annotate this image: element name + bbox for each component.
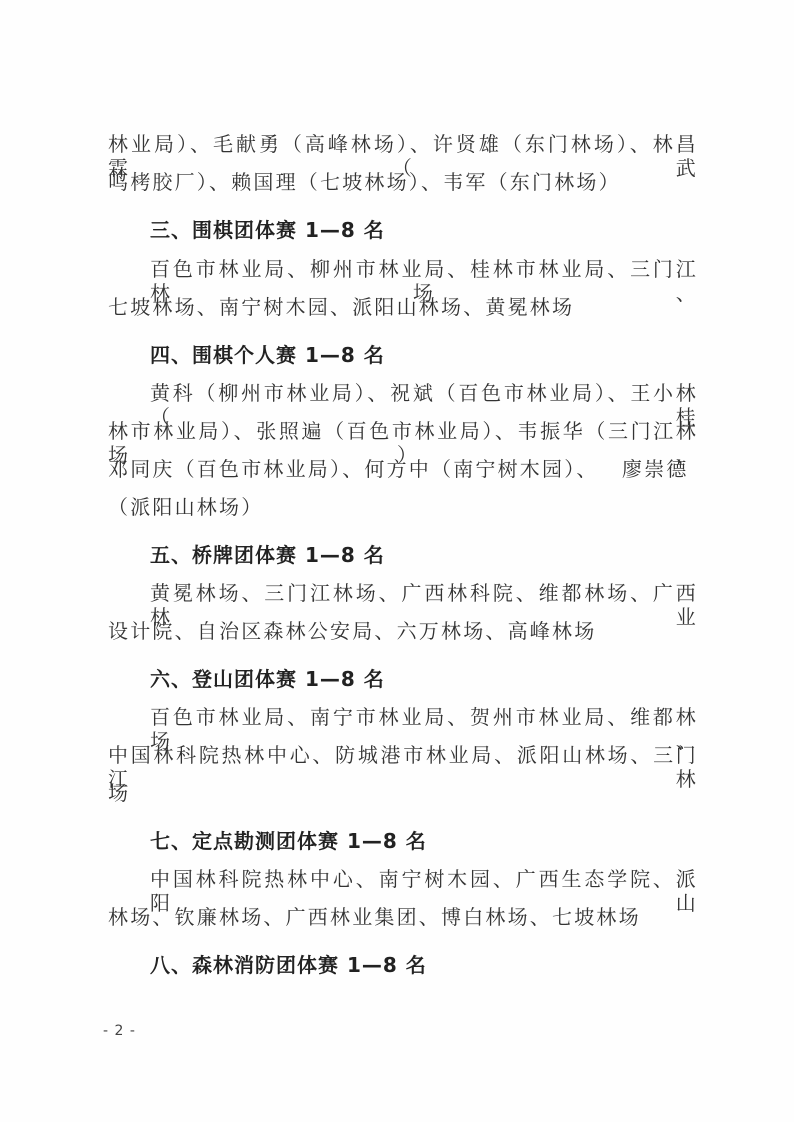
section-heading-forest-firefighting-team: 八、森林消防团体赛 1—8 名 [150, 953, 427, 977]
section-heading-orienteering-team: 七、定点勘测团体赛 1—8 名 [150, 829, 427, 853]
continuation-line-2: 鸣栲胶厂）、赖国理（七坡林场）、韦军（东门林场） [108, 170, 698, 194]
section-heading-climbing-team: 六、登山团体赛 1—8 名 [150, 667, 385, 691]
section-go-individual-line-4: （派阳山林场） [108, 495, 698, 519]
section-heading-go-individual: 四、围棋个人赛 1—8 名 [150, 343, 385, 367]
section-bridge-team-line-2: 设计院、自治区森林公安局、六万林场、高峰林场 [108, 619, 698, 643]
document-page: 林业局）、毛献勇（高峰林场）、许贤雄（东门林场）、林昌霖（武 鸣栲胶厂）、赖国理… [0, 0, 794, 1122]
section-go-individual-line-3: 邓同庆（百色市林业局）、何方中（南宁树木园）、 [108, 457, 698, 481]
page-number: - 2 - [103, 1023, 136, 1039]
section-go-individual-line-3-tail: 廖崇德 [622, 457, 689, 481]
section-go-team-line-2: 七坡林场、南宁树木园、派阳山林场、黄冕林场 [108, 295, 698, 319]
section-heading-go-team: 三、围棋团体赛 1—8 名 [150, 218, 385, 242]
section-climbing-team-line-3: 场 [108, 781, 698, 805]
section-orienteering-team-line-2: 林场、钦廉林场、广西林业集团、博白林场、七坡林场 [108, 905, 698, 929]
section-heading-bridge-team: 五、桥牌团体赛 1—8 名 [150, 543, 385, 567]
